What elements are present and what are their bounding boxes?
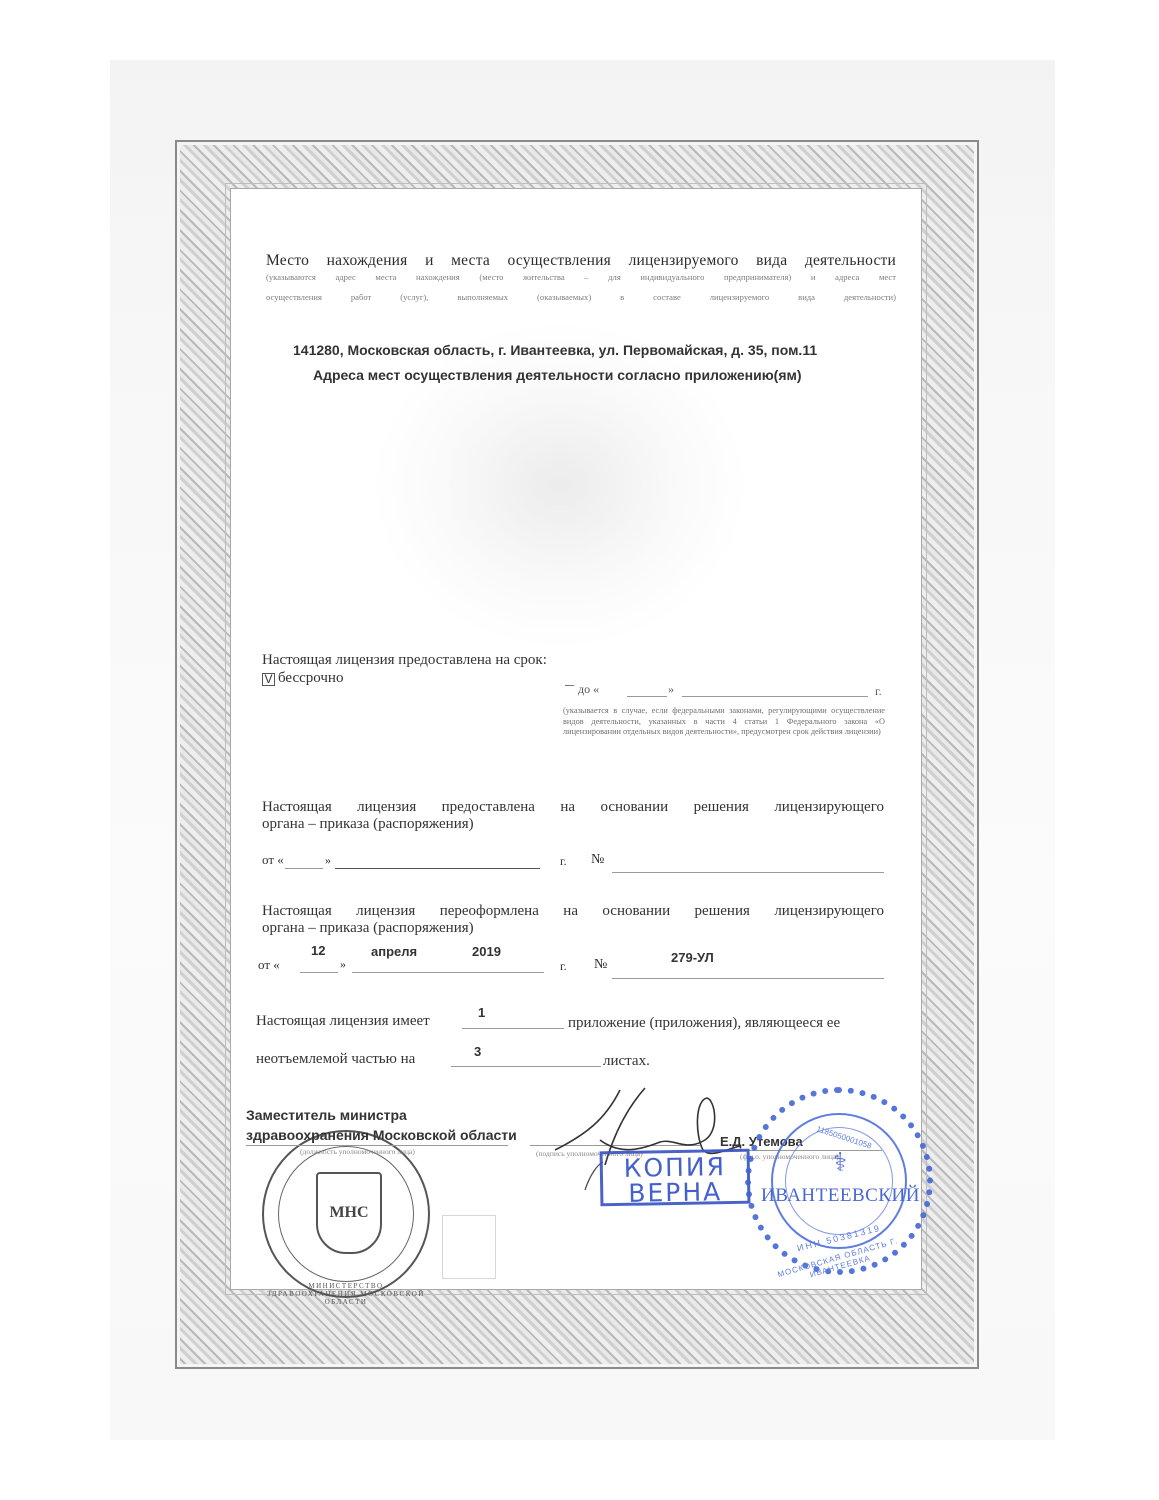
until-year-suffix: г. [875, 684, 882, 699]
position-line [246, 1145, 508, 1146]
reissued-year: 2019 [472, 944, 501, 959]
organization-seal: 1185050001058 ⚕ ИВАНТЕЕВСКИЙ ИНН 5038131… [745, 1087, 933, 1275]
until-date-field[interactable] [682, 696, 868, 697]
reissued-day: 12 [311, 943, 325, 958]
until-note: (указывается в случае, если федеральными… [563, 706, 885, 738]
signatory-position-line1: Заместитель министра [246, 1107, 407, 1123]
address-note: Адреса мест осуществления деятельности с… [313, 367, 802, 383]
granted-basis-line2: органа – приказа (распоряжения) [262, 816, 474, 833]
granted-day-field[interactable] [285, 868, 323, 869]
location-hint-line2: осуществления работ (услуг), выполняемых… [266, 292, 896, 302]
location-hint-line1: (указываются адрес места нахождения (мес… [266, 272, 896, 282]
faint-stamp-box [442, 1215, 496, 1279]
appendix-sheets-field[interactable] [451, 1066, 601, 1067]
reissued-close-quote: » [340, 957, 346, 972]
granted-number-field[interactable] [612, 872, 884, 873]
granted-number-label: № [591, 852, 604, 868]
term-label: Настоящая лицензия предоставлена на срок… [262, 652, 547, 669]
appendix-sheets: 3 [474, 1044, 481, 1059]
license-address: 141280, Московская область, г. Ивантеевк… [293, 342, 817, 358]
indefinite-checkbox[interactable]: V [262, 673, 275, 686]
appendix-line2-prefix: неотъемлемой частью на [256, 1051, 415, 1068]
indefinite-label: бессрочно [278, 670, 343, 687]
check-mark-icon: V [264, 672, 272, 686]
reissued-day-field[interactable] [300, 972, 338, 973]
ministry-seal-center-text: МНС [329, 1204, 368, 1221]
reissued-from-label: от « [258, 957, 280, 973]
organization-seal-name: ИВАНТЕЕВСКИЙ [761, 1185, 917, 1207]
reissued-month-field[interactable] [352, 972, 544, 973]
copy-certified-stamp: КОПИЯ ВЕРНА [600, 1149, 751, 1207]
granted-month-field[interactable] [335, 868, 540, 869]
location-section-title: Место нахождения и места осуществления л… [266, 252, 896, 270]
position-caption: (должность уполномоченного лица) [300, 1147, 415, 1156]
appendix-count: 1 [478, 1005, 485, 1020]
granted-year-suffix: г. [560, 854, 567, 869]
granted-close-quote: » [325, 853, 331, 868]
appendix-line1-suffix: приложение (приложения), являющееся ее [568, 1015, 840, 1032]
until-checkbox[interactable] [565, 685, 574, 695]
granted-basis-line1: Настоящая лицензия предоставлена на осно… [262, 799, 884, 816]
until-close-quote: » [668, 682, 674, 697]
coat-of-arms-icon: МНС [316, 1172, 382, 1254]
caduceus-icon: ⚕ [831, 1148, 849, 1182]
reissued-number-label: № [594, 957, 607, 973]
signatory-position-line2: здравоохранения Московской области [246, 1127, 517, 1143]
reissued-basis-line2: органа – приказа (распоряжения) [262, 920, 474, 937]
reissued-number-field[interactable] [612, 978, 884, 979]
appendix-line2-suffix: листах. [603, 1053, 650, 1070]
appendix-count-field[interactable] [462, 1028, 564, 1029]
until-day-field[interactable] [627, 696, 667, 697]
appendix-line1-prefix: Настоящая лицензия имеет [256, 1013, 430, 1030]
reissued-number: 279-УЛ [671, 950, 714, 965]
until-label: до « [578, 682, 599, 697]
granted-from-label: от « [262, 852, 284, 868]
ministry-seal-text: МИНИСТЕРСТВО ЗДРАВООХРАНЕНИЯ МОСКОВСКОЙ … [264, 1282, 428, 1306]
reissued-month: апреля [371, 944, 417, 959]
reissued-year-suffix: г. [560, 959, 567, 974]
reissued-basis-line1: Настоящая лицензия переоформлена на осно… [262, 903, 884, 920]
